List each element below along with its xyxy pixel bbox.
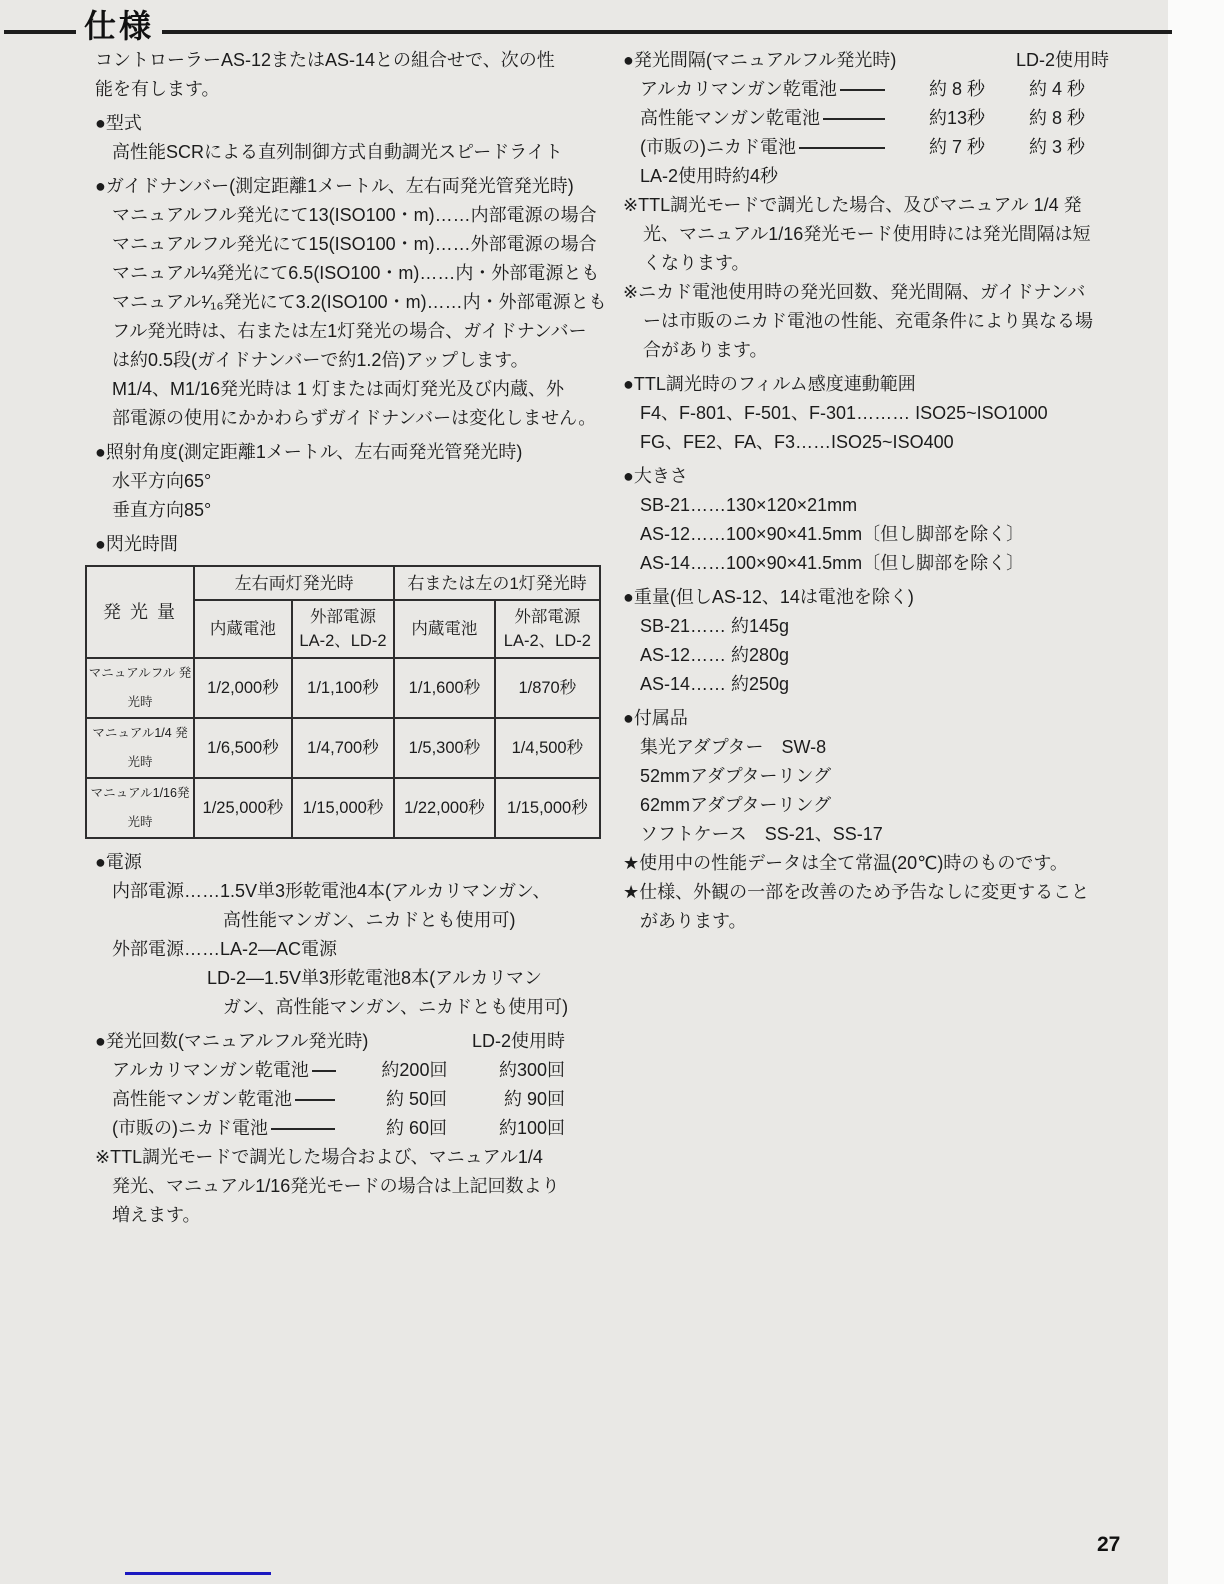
note-line: ※TTL調光モードで調光した場合および、マニュアル1/4 bbox=[95, 1143, 601, 1172]
table-subheader: 内蔵電池 bbox=[394, 600, 495, 658]
row-label: 高性能マンガン乾電池 bbox=[623, 104, 820, 133]
heading-text: ●発光回数(マニュアルフル発光時) bbox=[95, 1027, 368, 1056]
spec-line: ガン、高性能マンガン、ニカドとも使用可) bbox=[95, 993, 601, 1022]
spec-line: 内部電源……1.5V単3形乾電池4本(アルカリマンガン、 bbox=[95, 877, 601, 906]
row-label: アルカリマンガン乾電池 bbox=[95, 1056, 309, 1085]
row-value: 約 8 秒 bbox=[985, 104, 1125, 133]
spec-leader-row: 高性能マンガン乾電池 約 50回 約 90回 bbox=[95, 1085, 601, 1114]
flash-duration-table: 発 光 量 左右両灯発光時 右または左の1灯発光時 内蔵電池 外部電源 LA-2… bbox=[85, 565, 601, 839]
table-subheader-line: 外部電源 bbox=[295, 605, 391, 629]
table-cell: 1/15,000秒 bbox=[495, 778, 600, 838]
table-cell: マニュアルフル 発光時 bbox=[86, 658, 194, 718]
heading-caption: LD-2使用時 bbox=[1016, 46, 1125, 75]
row-value: 約 60回 bbox=[335, 1114, 447, 1143]
spec-line: 部電源の使用にかかわらずガイドナンバーは変化しません。 bbox=[95, 404, 601, 433]
section-angle-heading: ●照射角度(測定距離1メートル、左右両発光管発光時) bbox=[95, 438, 601, 467]
spec-line: マニュアルフル発光にて13(ISO100・m)……内部電源の場合 bbox=[95, 201, 601, 230]
section-flash-interval-heading: ●発光間隔(マニュアルフル発光時) LD-2使用時 bbox=[623, 46, 1125, 75]
spec-line: LA-2使用時約4秒 bbox=[623, 162, 1125, 191]
row-value: 約 7 秒 bbox=[885, 133, 985, 162]
table-cell: 1/22,000秒 bbox=[394, 778, 495, 838]
spec-line: M1/4、M1/16発光時は 1 灯または両灯発光及び内蔵、外 bbox=[95, 375, 601, 404]
spec-line: マニュアル¼発光にて6.5(ISO100・m)……内・外部電源とも bbox=[95, 259, 601, 288]
table-cell: 1/4,700秒 bbox=[292, 718, 394, 778]
row-label: アルカリマンガン乾電池 bbox=[623, 75, 837, 104]
table-cell: 1/4,500秒 bbox=[495, 718, 600, 778]
table-subheader-line: LA-2、LD-2 bbox=[295, 629, 391, 653]
table-subheader-line: 外部電源 bbox=[498, 605, 597, 629]
spec-leader-row: アルカリマンガン乾電池 約 8 秒 約 4 秒 bbox=[623, 75, 1125, 104]
dash-leader bbox=[799, 147, 885, 149]
spec-line: LD-2—1.5V単3形乾電池8本(アルカリマン bbox=[95, 964, 601, 993]
row-label: 高性能マンガン乾電池 bbox=[95, 1085, 292, 1114]
spec-leader-row: (市販の)ニカド電池 約 7 秒 約 3 秒 bbox=[623, 133, 1125, 162]
heading-text: ●発光間隔(マニュアルフル発光時) bbox=[623, 46, 896, 75]
spec-line: AS-12……100×90×41.5mm〔但し脚部を除く〕 bbox=[623, 520, 1125, 549]
spec-leader-row: 高性能マンガン乾電池 約13秒 約 8 秒 bbox=[623, 104, 1125, 133]
spec-line: は約0.5段(ガイドナンバーで約1.2倍)アップします。 bbox=[95, 346, 601, 375]
table-cell: 1/6,500秒 bbox=[194, 718, 292, 778]
table-cell: 1/1,100秒 bbox=[292, 658, 394, 718]
row-value: 約 4 秒 bbox=[985, 75, 1125, 104]
section-accessories-heading: ●付属品 bbox=[623, 704, 1125, 733]
dash-leader bbox=[840, 89, 885, 91]
note-line: 光、マニュアル1/16発光モード使用時には発光間隔は短 bbox=[623, 220, 1125, 249]
table-group-header: 左右両灯発光時 bbox=[194, 566, 394, 600]
row-label: (市販の)ニカド電池 bbox=[623, 133, 796, 162]
table-row: マニュアル1/4 発光時 1/6,500秒 1/4,700秒 1/5,300秒 … bbox=[86, 718, 600, 778]
note-line: くなります。 bbox=[623, 249, 1125, 278]
row-value: 約300回 bbox=[447, 1056, 601, 1085]
section-flash-count-heading: ●発光回数(マニュアルフル発光時) LD-2使用時 bbox=[95, 1027, 601, 1056]
spec-line: 集光アダプター SW-8 bbox=[623, 733, 1125, 762]
section-ttl-range-heading: ●TTL調光時のフィルム感度連動範囲 bbox=[623, 370, 1125, 399]
manual-page: 仕様 コントローラーAS-12またはAS-14との組合せで、次の性 能を有します… bbox=[0, 0, 1224, 1584]
spec-line: SB-21……130×120×21mm bbox=[623, 491, 1125, 520]
spec-leader-row: (市販の)ニカド電池 約 60回 約100回 bbox=[95, 1114, 601, 1143]
scan-right-margin bbox=[1168, 0, 1224, 1584]
spec-line: 外部電源……LA-2—AC電源 bbox=[95, 935, 601, 964]
table-subheader-line: LA-2、LD-2 bbox=[498, 629, 597, 653]
note-line: ※ニカド電池使用時の発光回数、発光間隔、ガイドナンバ bbox=[623, 278, 1125, 307]
spec-line: マニュアル¹⁄₁₆発光にて3.2(ISO100・m)……内・外部電源とも bbox=[95, 288, 601, 317]
dash-leader bbox=[295, 1099, 335, 1101]
table-cell: マニュアル1/16発光時 bbox=[86, 778, 194, 838]
table-cell: 1/5,300秒 bbox=[394, 718, 495, 778]
section-model-heading: ●型式 bbox=[95, 109, 601, 138]
spec-line: 高性能SCRによる直列制御方式自動調光スピードライト bbox=[95, 138, 601, 167]
row-value: 約200回 bbox=[336, 1056, 448, 1085]
intro-line: コントローラーAS-12またはAS-14との組合せで、次の性 bbox=[95, 46, 601, 75]
table-cell: 1/870秒 bbox=[495, 658, 600, 718]
spec-line: SB-21…… 約145g bbox=[623, 612, 1125, 641]
row-value: 約 3 秒 bbox=[985, 133, 1125, 162]
table-subheader: 外部電源 LA-2、LD-2 bbox=[292, 600, 394, 658]
spec-line: FG、FE2、FA、F3……ISO25~ISO400 bbox=[623, 428, 1125, 457]
row-value: 約 8 秒 bbox=[885, 75, 985, 104]
spec-line: AS-14……100×90×41.5mm〔但し脚部を除く〕 bbox=[623, 549, 1125, 578]
spec-leader-row: アルカリマンガン乾電池 約200回 約300回 bbox=[95, 1056, 601, 1085]
spec-line: F4、F-801、F-501、F-301……… ISO25~ISO1000 bbox=[623, 399, 1125, 428]
spec-line: 52mmアダプターリング bbox=[623, 762, 1125, 791]
page-number: 27 bbox=[1097, 1533, 1120, 1557]
page-title: 仕様 bbox=[76, 1, 162, 47]
footnote-line: ★使用中の性能データは全て常温(20℃)時のものです。 bbox=[623, 849, 1125, 878]
table-row: マニュアルフル 発光時 1/2,000秒 1/1,100秒 1/1,600秒 1… bbox=[86, 658, 600, 718]
spec-line: マニュアルフル発光にて15(ISO100・m)……外部電源の場合 bbox=[95, 230, 601, 259]
note-line: 合があります。 bbox=[623, 336, 1125, 365]
footnote-line: ★仕様、外観の一部を改善のため予告なしに変更すること bbox=[623, 878, 1125, 907]
row-label: (市販の)ニカド電池 bbox=[95, 1114, 268, 1143]
row-value: 約 50回 bbox=[335, 1085, 447, 1114]
dash-leader bbox=[271, 1128, 335, 1130]
intro-line: 能を有します。 bbox=[95, 75, 601, 104]
table-subheader: 外部電源 LA-2、LD-2 bbox=[495, 600, 600, 658]
right-column: ●発光間隔(マニュアルフル発光時) LD-2使用時 アルカリマンガン乾電池 約 … bbox=[623, 46, 1125, 936]
spec-line: 62mmアダプターリング bbox=[623, 791, 1125, 820]
table-cell: 1/1,600秒 bbox=[394, 658, 495, 718]
table-row-header: 発 光 量 bbox=[86, 566, 194, 658]
table-cell: 1/15,000秒 bbox=[292, 778, 394, 838]
note-line: ーは市販のニカド電池の性能、充電条件により異なる場 bbox=[623, 307, 1125, 336]
spec-line: AS-12…… 約280g bbox=[623, 641, 1125, 670]
spec-line: 水平方向65° bbox=[95, 467, 601, 496]
left-column: コントローラーAS-12またはAS-14との組合せで、次の性 能を有します。 ●… bbox=[95, 46, 601, 1230]
note-line: ※TTL調光モードで調光した場合、及びマニュアル 1/4 発 bbox=[623, 191, 1125, 220]
table-row: マニュアル1/16発光時 1/25,000秒 1/15,000秒 1/22,00… bbox=[86, 778, 600, 838]
row-value: 約100回 bbox=[447, 1114, 601, 1143]
spec-line: ソフトケース SS-21、SS-17 bbox=[623, 820, 1125, 849]
table-subheader: 内蔵電池 bbox=[194, 600, 292, 658]
table-cell: 1/25,000秒 bbox=[194, 778, 292, 838]
spec-line: フル発光時は、右または左1灯発光の場合、ガイドナンバー bbox=[95, 317, 601, 346]
section-power-heading: ●電源 bbox=[95, 848, 601, 877]
table-cell: 1/2,000秒 bbox=[194, 658, 292, 718]
spec-line: 高性能マンガン、ニカドとも使用可) bbox=[95, 906, 601, 935]
table-group-header: 右または左の1灯発光時 bbox=[394, 566, 600, 600]
table-cell: マニュアル1/4 発光時 bbox=[86, 718, 194, 778]
title-rule bbox=[4, 30, 1172, 34]
note-line: 発光、マニュアル1/16発光モードの場合は上記回数より bbox=[95, 1172, 601, 1201]
dash-leader bbox=[312, 1070, 336, 1072]
section-flash-duration-heading: ●閃光時間 bbox=[95, 530, 601, 559]
spec-line: 垂直方向85° bbox=[95, 496, 601, 525]
blue-underline-mark bbox=[125, 1572, 271, 1575]
dash-leader bbox=[823, 118, 885, 120]
section-weight-heading: ●重量(但しAS-12、14は電池を除く) bbox=[623, 583, 1125, 612]
row-value: 約13秒 bbox=[885, 104, 985, 133]
section-guide-number-heading: ●ガイドナンバー(測定距離1メートル、左右両発光管発光時) bbox=[95, 172, 601, 201]
section-size-heading: ●大きさ bbox=[623, 462, 1125, 491]
footnote-line: があります。 bbox=[623, 907, 1125, 936]
spec-line: AS-14…… 約250g bbox=[623, 670, 1125, 699]
heading-caption: LD-2使用時 bbox=[472, 1027, 601, 1056]
row-value: 約 90回 bbox=[447, 1085, 601, 1114]
note-line: 増えます。 bbox=[95, 1201, 601, 1230]
